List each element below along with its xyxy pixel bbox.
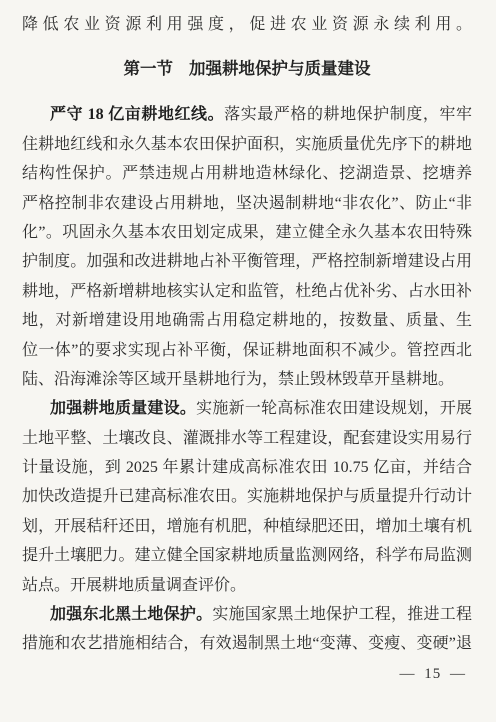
text-line: 加快改造提升已建高标准农田。实施耕地保护与质量提升行动计 xyxy=(22,482,472,511)
paragraphs: 严守 18 亿亩耕地红线。落实最严格的耕地保护制度，牢牢守住耕地红线和永久基本农… xyxy=(22,100,472,658)
text-line: 护制度。加强和改进耕地占补平衡管理，严格控制新增建设占用 xyxy=(22,247,472,276)
text-line: 划，开展秸秆还田，增施有机肥，种植绿肥还田，增加土壤有机质， xyxy=(22,512,472,541)
text-line: 住耕地红线和永久基本农田保护面积，实施质量优先序下的耕地 xyxy=(22,130,472,159)
text-line: 位一体”的要求实现占补平衡，保证耕地面积不减少。管控西北内 xyxy=(22,336,472,365)
text-line: 加强东北黑土地保护。实施国家黑土地保护工程，推进工程 xyxy=(22,600,472,629)
page-number: — 15 — xyxy=(400,666,467,683)
text-line: 化”。巩固永久基本农田划定成果，建立健全永久基本农田特殊保 xyxy=(22,218,472,247)
section-title: 加强耕地保护与质量建设 xyxy=(189,59,371,78)
text-line: 结构性保护。严禁违规占用耕地造林绿化、挖湖造景、挖塘养鱼， xyxy=(22,159,472,188)
text-line: 计量设施，到 2025 年累计建成高标准农田 10.75 亿亩，并结合实际 xyxy=(22,453,472,482)
text-line: 提升土壤肥力。建立健全国家耕地质量监测网络，科学布局监测 xyxy=(22,541,472,570)
paragraph-lead: 加强东北黑土地保护。 xyxy=(50,606,212,623)
text-line: 地，对新增建设用地确需占用稳定耕地的，按数量、质量、生态“三 xyxy=(22,306,472,335)
text-line: 陆、沿海滩涂等区域开垦耕地行为，禁止毁林毁草开垦耕地。 xyxy=(22,365,472,394)
document-page: 降低农业资源利用强度，促进农业资源永续利用。 第一节加强耕地保护与质量建设 严守… xyxy=(0,0,496,722)
text-line: 严守 18 亿亩耕地红线。落实最严格的耕地保护制度，牢牢守 xyxy=(22,100,472,129)
text-line: 加强耕地质量建设。实施新一轮高标准农田建设规划，开展 xyxy=(22,394,472,423)
page-content: 降低农业资源利用强度，促进农业资源永续利用。 第一节加强耕地保护与质量建设 严守… xyxy=(0,0,496,659)
text-line: 站点。开展耕地质量调查评价。 xyxy=(22,571,472,600)
continuation-line: 降低农业资源利用强度，促进农业资源永续利用。 xyxy=(22,10,472,39)
paragraph-lead: 严守 18 亿亩耕地红线。 xyxy=(50,106,224,123)
text-line: 耕地，严格新增耕地核实认定和监管，杜绝占优补劣、占水田补旱 xyxy=(22,277,472,306)
paragraph-lead: 加强耕地质量建设。 xyxy=(50,400,196,417)
section-number: 第一节 xyxy=(124,59,174,78)
text-line: 严格控制非农建设占用耕地，坚决遏制耕地“非农化”、防止“非粮 xyxy=(22,189,472,218)
text-line: 措施和农艺措施相结合，有效遏制黑土地“变薄、变瘦、变硬”退化 xyxy=(22,629,472,658)
section-heading: 第一节加强耕地保护与质量建设 xyxy=(22,54,472,84)
text-line: 土地平整、土壤改良、灌溉排水等工程建设，配套建设实用易行的 xyxy=(22,424,472,453)
